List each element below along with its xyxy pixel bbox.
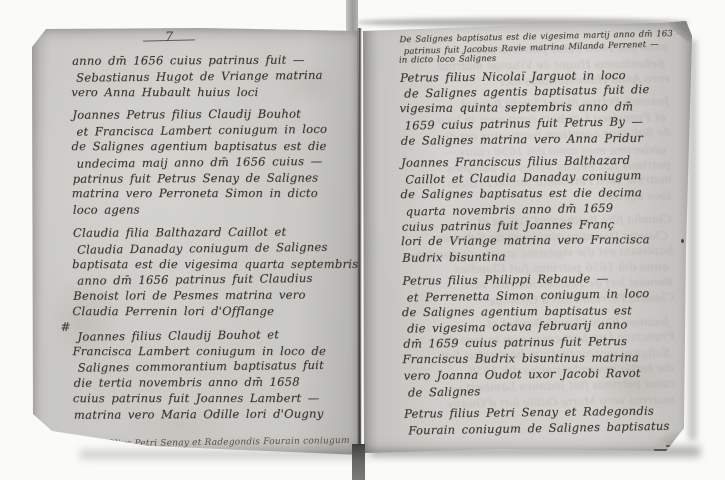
manuscript-line: die tertia novembris anno dm̄ 1658 (74, 374, 364, 391)
right-page-text: De Salignes baptisatus est die vigesima … (399, 30, 680, 445)
manuscript-line: patrinus fuit Petrus Senay de Salignes (73, 170, 363, 187)
manuscript-line: vero Anna Hubault huius loci (71, 84, 362, 100)
register-entry: Joannes Petrus filius Claudij Bouhotet F… (72, 107, 363, 219)
manuscript-line: Joannes filius Claudij Bouhot et (77, 326, 363, 345)
manuscript-line: Benoist lori de Pesmes matrina vero (73, 287, 363, 304)
register-entry: anno dm̄ 1656 cuius patrinus fuit —Sebas… (72, 52, 362, 101)
register-entry: Claudia filia Balthazard Caillot etClaud… (73, 224, 363, 320)
manuscript-line: undecima maij anno dm̄ 1656 cuius — (77, 153, 363, 172)
manuscript-line: Fourain coniugum de Salignes baptisatus (408, 419, 680, 440)
register-entry: Joannes Franciscus filius BalthazardCail… (401, 153, 678, 267)
manuscript-line: matrina vero Maria Odille lori d'Ougny (74, 406, 364, 423)
register-entry: #Joannes filius Claudij Bouhot etFrancis… (73, 327, 363, 423)
manuscript-line: Claudia Danaday coniugum de Salignes (77, 239, 363, 258)
register-entry: Petrus filius Petri Senay et RadegondisF… (404, 404, 680, 439)
right-page-entries: Petrus filius Nicolaï Jarguot in locode … (400, 67, 680, 439)
manuscript-line: Budrix bisuntina (402, 248, 678, 267)
register-entry: Petrus filius Philippi Rebaude —et Perre… (402, 270, 680, 400)
left-page-text: anno dm̄ 1656 cuius patrinus fuit —Sebas… (72, 52, 364, 430)
manuscript-line: lori de Vriange matrina vero Francisca (401, 232, 678, 250)
manuscript-line: de Salignes agentium baptisatus est die (71, 139, 362, 155)
ink-speck (681, 239, 684, 243)
left-page: 7 anno dm̄ 1656 cuius patrinus fuit —Seb… (31, 28, 361, 455)
manuscript-scan: 7 anno dm̄ 1656 cuius patrinus fuit —Seb… (0, 0, 725, 480)
book-gutter (357, 28, 362, 455)
register-entry: Petrus filius Nicolaï Jarguot in locode … (400, 67, 677, 149)
manuscript-line: Sebastianus Hugot de Vriange matrina (76, 67, 362, 86)
right-page: anno dm̄ 1656 cuius patrinus fuit —Sebas… (362, 20, 694, 453)
manuscript-line: loco agens (73, 201, 363, 218)
manuscript-line: Franciscus Budrix bisuntinus matrina (402, 350, 679, 368)
manuscript-line: Claudia Perrenin lori d'Offlange (72, 304, 363, 320)
squeezed-header-lines: De Salignes baptisatus est die vigesima … (399, 29, 676, 67)
entry-marker: # (60, 320, 70, 334)
manuscript-line: matrina vero Perroneta Simon in dicto (72, 186, 363, 202)
manuscript-line: cuius patrinus fuit Joannes Lambert — (73, 391, 364, 407)
manuscript-line: et Francisca Lambert coniugum in loco (76, 122, 362, 141)
page-number: 7 (149, 30, 189, 45)
marginal-note: # Jacobus filius Petri Senay et Radegond… (57, 436, 350, 450)
binding-strap-bottom (352, 444, 365, 480)
